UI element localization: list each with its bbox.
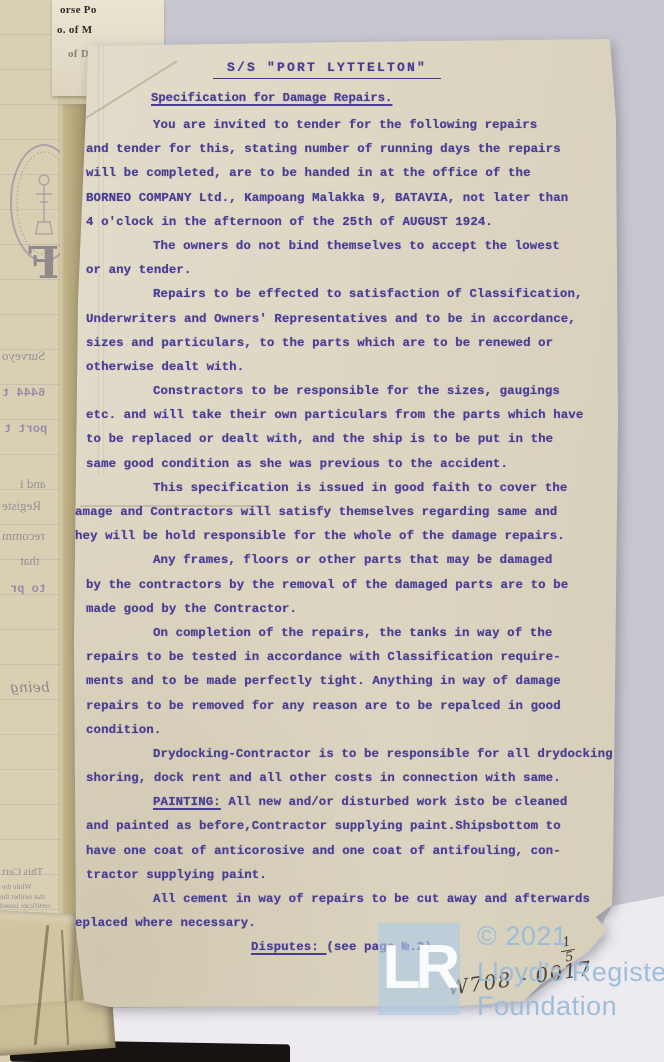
typed-line: BORNEO COMPANY Ltd., Kampoang Malakka 9,… <box>86 186 626 210</box>
typed-line: ments and to be made perfectly tight. An… <box>86 669 626 693</box>
typed-line: repairs to be tested in accordance with … <box>86 645 626 669</box>
typed-page: S/S "PORT LYTTELTON" Specification for D… <box>0 0 664 1062</box>
typed-line: Drydocking-Contractor is to be responsib… <box>86 742 626 766</box>
lr-logo-letters: LR <box>383 932 456 1003</box>
typed-line: amage and Contractors will satisfy thems… <box>75 500 626 524</box>
typed-line: to be replaced or dealt with, and the sh… <box>86 427 626 451</box>
typed-line: The owners do not bind themselves to acc… <box>86 234 626 258</box>
typed-line: This specification is issued in good fai… <box>86 476 626 500</box>
typed-line: and tender for this, stating number of r… <box>86 137 626 161</box>
typed-line: same good condition as she was previous … <box>86 452 626 476</box>
document-photo: 6444 t port t Surveyo and i Registe reco… <box>0 0 664 1062</box>
typed-line: otherwise dealt with. <box>86 355 626 379</box>
typed-line: etc. and will take their own particulars… <box>86 403 626 427</box>
typed-line: All cement in way of repairs to be cut a… <box>86 887 626 911</box>
typed-line: have one coat of anticorosive and one co… <box>86 839 626 863</box>
typed-line: Any frames, floors or other parts that m… <box>86 548 626 572</box>
lloyds-register-logo: LR <box>378 923 460 1015</box>
typed-line: repairs to be removed for any reason are… <box>86 694 626 718</box>
typed-line: Constractors to be responsible for the s… <box>86 379 626 403</box>
typed-line: will be completed, are to be handed in a… <box>86 161 626 185</box>
typed-line: tractor supplying paint. <box>86 863 626 887</box>
typed-line: and painted as before,Contractor supplyi… <box>86 814 626 838</box>
typed-line: made good by the Contractor. <box>86 597 626 621</box>
typed-line: shoring, dock rent and all other costs i… <box>86 766 626 790</box>
typed-line: Underwriters and Owners' Representatives… <box>86 307 626 331</box>
typed-line: 4 o'clock in the afternoon of the 25th o… <box>86 210 626 234</box>
watermark-name-line1: Lloyd's Register <box>477 957 664 988</box>
typed-line: You are invited to tender for the follow… <box>86 113 626 137</box>
page-subtitle: Specification for Damage Repairs. <box>151 91 392 105</box>
typed-line: by the contractors by the removal of the… <box>86 573 626 597</box>
watermark-name-line2: Foundation <box>477 991 617 1022</box>
watermark-copyright: © 2021 <box>477 921 567 952</box>
typed-line: hey will be hold responsible for the who… <box>75 524 626 548</box>
typed-line: or any tender. <box>86 258 626 282</box>
page-title: S/S "PORT LYTTELTON" <box>213 60 441 79</box>
typed-line: Repairs to be effected to satisfaction o… <box>86 282 626 306</box>
typed-body: You are invited to tender for the follow… <box>86 113 626 960</box>
typed-line: condition. <box>86 718 626 742</box>
typed-line: PAINTING: All new and/or disturbed work … <box>86 790 626 814</box>
typed-line: sizes and particulars, to the parts whic… <box>86 331 626 355</box>
typed-page-wrap: S/S "PORT LYTTELTON" Specification for D… <box>0 0 664 1062</box>
typed-line: On completion of the repairs, the tanks … <box>86 621 626 645</box>
